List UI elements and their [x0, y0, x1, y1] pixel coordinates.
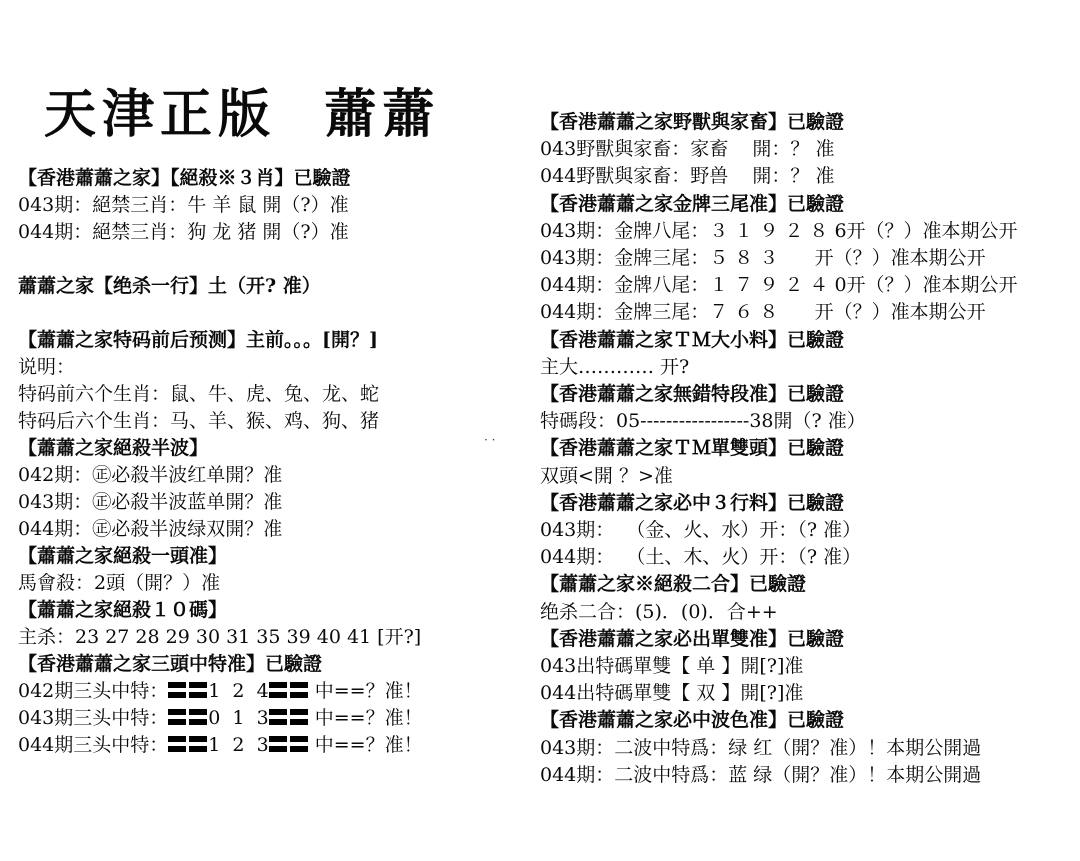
center-dots: · ·	[484, 433, 495, 447]
three-heads-row: 043期三头中特：0 1 3 中==？准！	[18, 706, 423, 730]
text-line: 044期：二波中特爲：蓝 绿（開？准）！本期公開過	[540, 763, 981, 787]
period-label: 042期三头中特：	[18, 680, 168, 702]
text-line: 044野獸與家畜：野兽 開：？ 准	[540, 164, 834, 188]
three-heads-row: 042期三头中特：1 2 4 中==？准！	[18, 679, 423, 703]
bar-block-icon	[168, 682, 208, 698]
text-line: 绝杀二合：(5)．(0)．合++	[540, 600, 778, 624]
section-header: 【香港蕭蕭之家無錯特段准】已驗證	[540, 382, 844, 406]
text-line: 说明：	[18, 355, 75, 379]
text-line: 特码前六个生肖：鼠、牛、虎、兔、龙、蛇	[18, 382, 379, 406]
page-title: 天津正版 蕭蕭	[44, 72, 440, 147]
text-line: 043期：絕禁三肖：牛 羊 鼠 開（?）准	[18, 193, 349, 217]
result-text: 中==？准！	[309, 680, 423, 702]
result-text: 中==？准！	[309, 707, 423, 729]
text-line: 主大………… 开?	[540, 355, 689, 379]
section-header: 【香港蕭蕭之家野獸與家畜】已驗證	[540, 110, 844, 134]
section-header: 【香港蕭蕭之家必中波色准】已驗證	[540, 708, 844, 732]
section-header: 【香港蕭蕭之家ＴＭ大小料】已驗證	[540, 328, 844, 352]
text-line: 043期：二波中特爲：绿 红（開？准）！本期公開過	[540, 736, 981, 760]
text-line: 043期： （金、火、水）开：（? 准）	[540, 518, 861, 542]
bar-block-icon	[269, 682, 309, 698]
section-header: 【香港蕭蕭之家金牌三尾准】已驗證	[540, 192, 844, 216]
period-label: 044期三头中特：	[18, 734, 168, 756]
bar-block-icon	[168, 709, 208, 725]
section-header: 【香港蕭蕭之家ＴＭ單雙頭】已驗證	[540, 436, 844, 460]
head-numbers: 1 2 3	[208, 734, 268, 756]
text-line: 主杀：23 27 28 29 30 31 35 39 40 41 [开?]	[18, 625, 421, 649]
bar-block-icon	[269, 709, 309, 725]
bar-block-icon	[269, 736, 309, 752]
section-header: 【蕭蕭之家特码前后预测】主前。。。[開？]	[18, 328, 378, 352]
text-line: 馬會殺：2頭（開？）准	[18, 571, 220, 595]
text-line: 044期：絕禁三肖：狗 龙 猪 開（?）准	[18, 220, 349, 244]
section-header: 【香港蕭蕭之家】【絕殺※３肖】已驗證	[18, 166, 351, 190]
head-numbers: 0 1 3	[208, 707, 268, 729]
head-numbers: 1 2 4	[208, 680, 268, 702]
text-line: 043期：金牌八尾：３ １ ９ ２ ８ 6开（？）准本期公开	[540, 219, 1018, 243]
section-header: 【香港蕭蕭之家必中３行料】已驗證	[540, 491, 844, 515]
period-label: 043期三头中特：	[18, 707, 168, 729]
text-line: 043出特碼單雙【 单 】開[?]准	[540, 654, 803, 678]
text-line: 044期： （土、木、火）开：（? 准）	[540, 545, 861, 569]
text-line: 特码后六个生肖：马、羊、猴、鸡、狗、猪	[18, 409, 379, 433]
section-header: 【蕭蕭之家※絕殺二合】已驗證	[540, 572, 806, 596]
bar-block-icon	[168, 736, 208, 752]
text-line: 043期：金牌三尾：５ ８ ３ 开（？）准本期公开	[540, 246, 986, 270]
text-line: 双頭<開 ？>准	[540, 464, 673, 488]
section-header: 【蕭蕭之家絕殺１０碼】	[18, 598, 227, 622]
section-header: 【香港蕭蕭之家三頭中特准】已驗證	[18, 652, 322, 676]
section-header: 【蕭蕭之家絕殺一頭准】	[18, 544, 227, 568]
text-line: 特碼段：05-----------------38開（? 准）	[540, 409, 866, 433]
section-header: 【蕭蕭之家絕殺半波】	[18, 436, 208, 460]
text-line: 044期：金牌三尾：７ ６ ８ 开（？）准本期公开	[540, 300, 986, 324]
section-header: 蕭蕭之家【绝杀一行】土（开? 准）	[18, 274, 321, 298]
result-text: 中==？准！	[309, 734, 423, 756]
text-line: 044期：㊣必殺半波绿双開？准	[18, 517, 282, 541]
text-line: 043野獸與家畜：家畜 開：？ 准	[540, 137, 834, 161]
section-header: 【香港蕭蕭之家必出單雙准】已驗證	[540, 627, 844, 651]
text-line: 044出特碼單雙【 双 】開[?]准	[540, 681, 803, 705]
text-line: 044期：金牌八尾：１ ７ ９ ２ ４ 0开（？）准本期公开	[540, 273, 1018, 297]
text-line: 042期：㊣必殺半波红单開？准	[18, 463, 282, 487]
three-heads-row: 044期三头中特：1 2 3 中==？准！	[18, 733, 423, 757]
text-line: 043期：㊣必殺半波蓝单開？准	[18, 490, 282, 514]
